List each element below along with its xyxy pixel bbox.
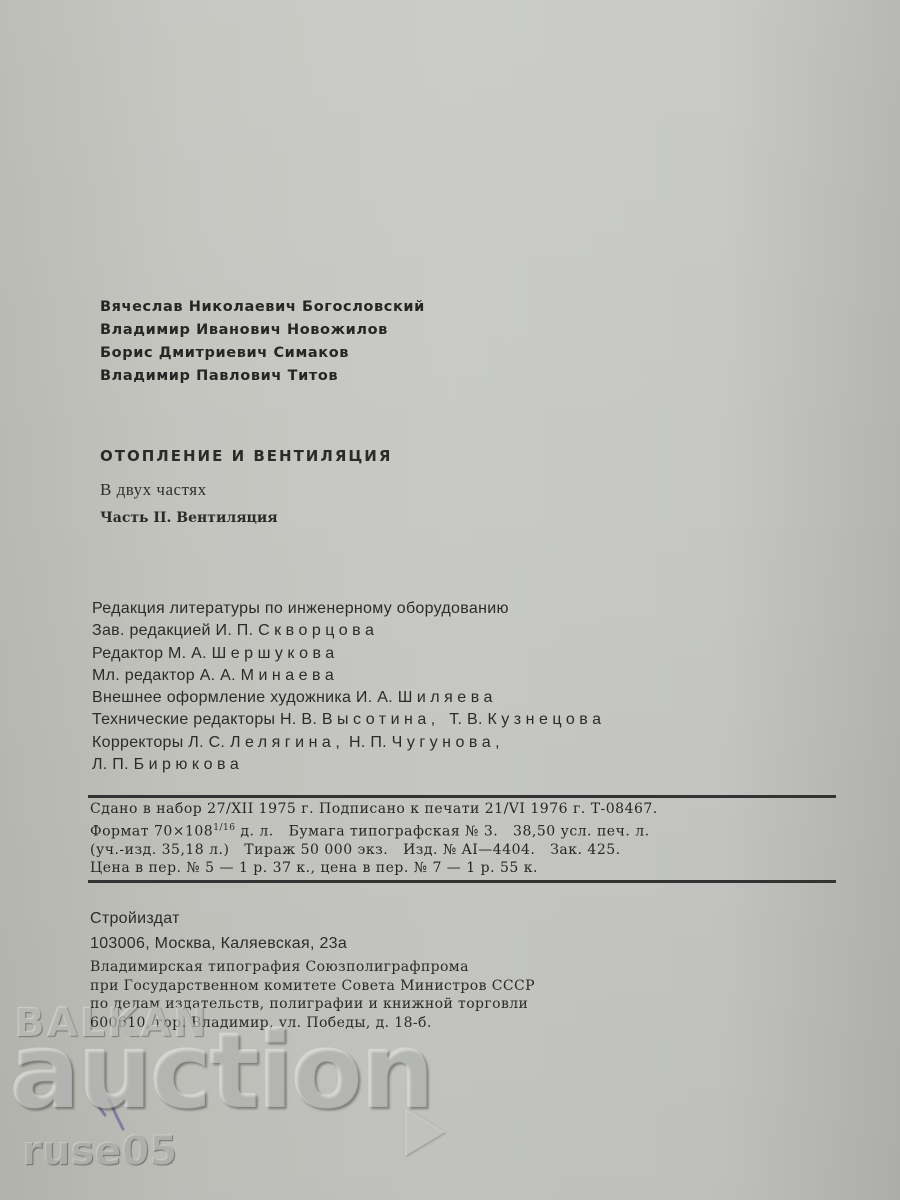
author: Борис Дмитриевич Симаков [100,342,425,365]
imprint-block: Сдано в набор 27/XII 1975 г. Подписано к… [90,800,658,878]
authors-list: Вячеслав Николаевич Богословский Владими… [100,296,425,388]
publisher-name: Стройиздат [90,906,347,931]
author: Вячеслав Николаевич Богословский [100,296,425,319]
book-title: ОТОПЛЕНИЕ И ВЕНТИЛЯЦИЯ [100,447,392,465]
printer-block: Владимирская типография Союзполиграфпром… [90,958,535,1032]
imprint-line: Формат 70×1081/16 д. л. Бумага типографс… [90,819,658,841]
credit-cover-artist: Внешнее оформление художника И. А. Шиляе… [92,687,605,709]
imprint-line: Сдано в набор 27/XII 1975 г. Подписано к… [90,800,658,819]
credit-junior-editor: Мл. редактор А. А. Минаева [92,665,605,687]
printer-line: 600610, гор. Владимир, ул. Победы, д. 18… [90,1014,535,1033]
divider-top [88,795,836,798]
credit-proofreaders: Корректоры Л. С. Лелягина, Н. П. Чугунов… [92,732,605,754]
divider-bottom [88,880,836,883]
imprint-line: Цена в пер. № 5 — 1 р. 37 к., цена в пер… [90,859,658,878]
book-part: Часть II. Вентиляция [100,510,278,526]
editorial-credits: Редакция литературы по инженерному обору… [92,598,605,776]
book-subtitle: В двух частях [100,480,207,500]
imprint-line: (уч.-изд. 35,18 л.) Тираж 50 000 экз. Из… [90,841,658,860]
editorial-office: Редакция литературы по инженерному обору… [92,598,605,620]
printer-line: Владимирская типография Союзполиграфпром… [90,958,535,977]
publisher-address: 103006, Москва, Каляевская, 23а [90,931,347,956]
printer-line: при Государственном комитете Совета Мини… [90,977,535,996]
publisher-block: Стройиздат 103006, Москва, Каляевская, 2… [90,906,347,956]
credit-proofreaders-cont: Л. П. Бирюкова [92,754,605,776]
play-triangle-icon [405,1108,445,1156]
author: Владимир Павлович Титов [100,365,425,388]
credit-editor: Редактор М. А. Шершукова [92,643,605,665]
credit-tech-editors: Технические редакторы Н. В. Высотина, Т.… [92,709,605,731]
ink-stamp-mark [95,1095,135,1135]
credit-head-editor: Зав. редакцией И. П. Скворцова [92,620,605,642]
printer-line: по делам издательств, полиграфии и книжн… [90,995,535,1014]
author: Владимир Иванович Новожилов [100,319,425,342]
